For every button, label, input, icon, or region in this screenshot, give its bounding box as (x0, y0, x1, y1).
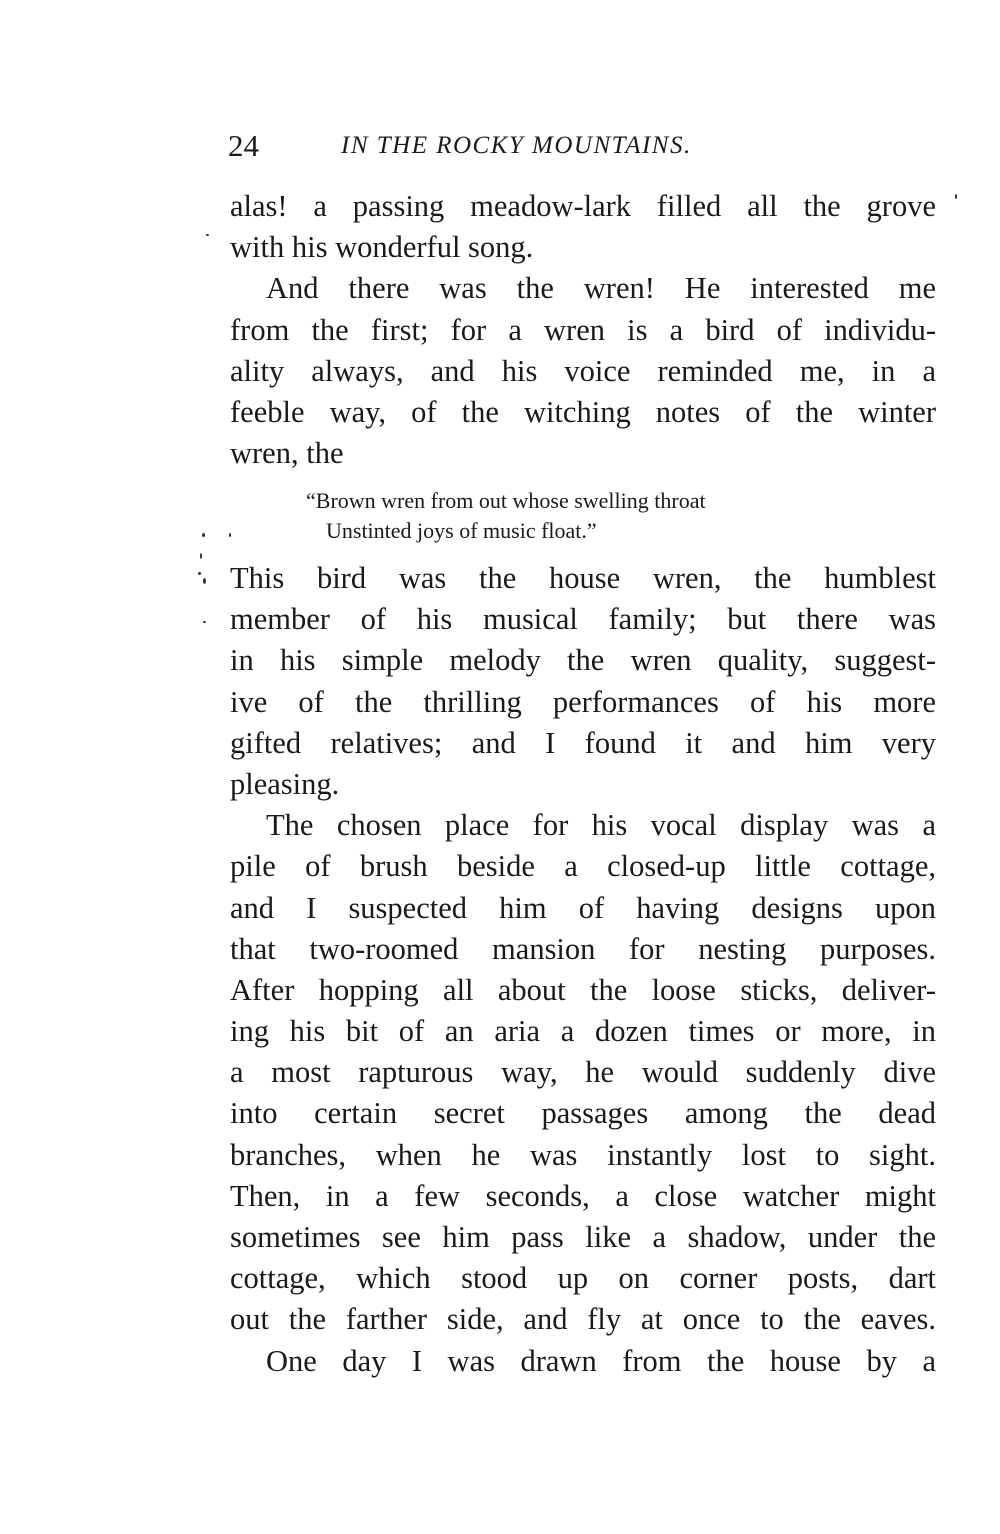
text-line: that two-roomed mansion for nesting purp… (230, 929, 936, 970)
text-line: wren, the (230, 433, 936, 474)
text-line: a most rapturous way, he would suddenly … (230, 1052, 936, 1093)
text-line: alas! a passing meadow-lark filled all t… (230, 186, 936, 227)
text-line: branches, when he was instantly lost to … (230, 1135, 936, 1176)
text-line: into certain secret passages among the d… (230, 1093, 936, 1134)
text-line: pleasing. (230, 764, 936, 805)
text-line: ality always, and his voice reminded me,… (230, 351, 936, 392)
scan-speck (203, 578, 206, 584)
scan-speck (206, 234, 209, 236)
scan-speck (202, 533, 205, 537)
page-header: 24 IN THE ROCKY MOUNTAINS. (228, 128, 948, 168)
running-title: IN THE ROCKY MOUNTAINS. (341, 132, 692, 160)
text-line: Then, in a few seconds, a close watcher … (230, 1176, 936, 1217)
scan-speck (229, 533, 231, 537)
scan-speck (203, 621, 206, 623)
text-line: cottage, which stood up on corner posts,… (230, 1258, 936, 1299)
quote-line: Unstinted joys of music float.” (306, 516, 706, 546)
text-line: out the farther side, and fly at once to… (230, 1299, 936, 1340)
text-line: member of his musical family; but there … (230, 599, 936, 640)
page-number: 24 (228, 128, 259, 164)
text-line: and I suspected him of having designs up… (230, 888, 936, 929)
text-line: feeble way, of the witching notes of the… (230, 392, 936, 433)
verse-quote: “Brown wren from out whose swelling thro… (306, 486, 706, 546)
text-line: with his wonderful song. (230, 227, 936, 268)
scan-speck (200, 553, 202, 559)
text-line: And there was the wren! He interested me (230, 268, 936, 309)
paragraph-block-1: alas! a passing meadow-lark filled all t… (230, 186, 936, 474)
paragraph-block-2: This bird was the house wren, the humble… (230, 558, 936, 1382)
text-line: ive of the thrilling performances of his… (230, 682, 936, 723)
scan-speck (198, 572, 201, 575)
quote-line: “Brown wren from out whose swelling thro… (306, 486, 706, 516)
text-line: sometimes see him pass like a shadow, un… (230, 1217, 936, 1258)
text-line: After hopping all about the loose sticks… (230, 970, 936, 1011)
text-line: pile of brush beside a closed-up little … (230, 846, 936, 887)
text-line: The chosen place for his vocal display w… (230, 805, 936, 846)
text-line: This bird was the house wren, the humble… (230, 558, 936, 599)
text-line: One day I was drawn from the house by a (230, 1341, 936, 1382)
text-line: in his simple melody the wren quality, s… (230, 640, 936, 681)
text-line: from the first; for a wren is a bird of … (230, 310, 936, 351)
text-line: ing his bit of an aria a dozen times or … (230, 1011, 936, 1052)
scan-speck (955, 194, 957, 199)
text-line: gifted relatives; and I found it and him… (230, 723, 936, 764)
